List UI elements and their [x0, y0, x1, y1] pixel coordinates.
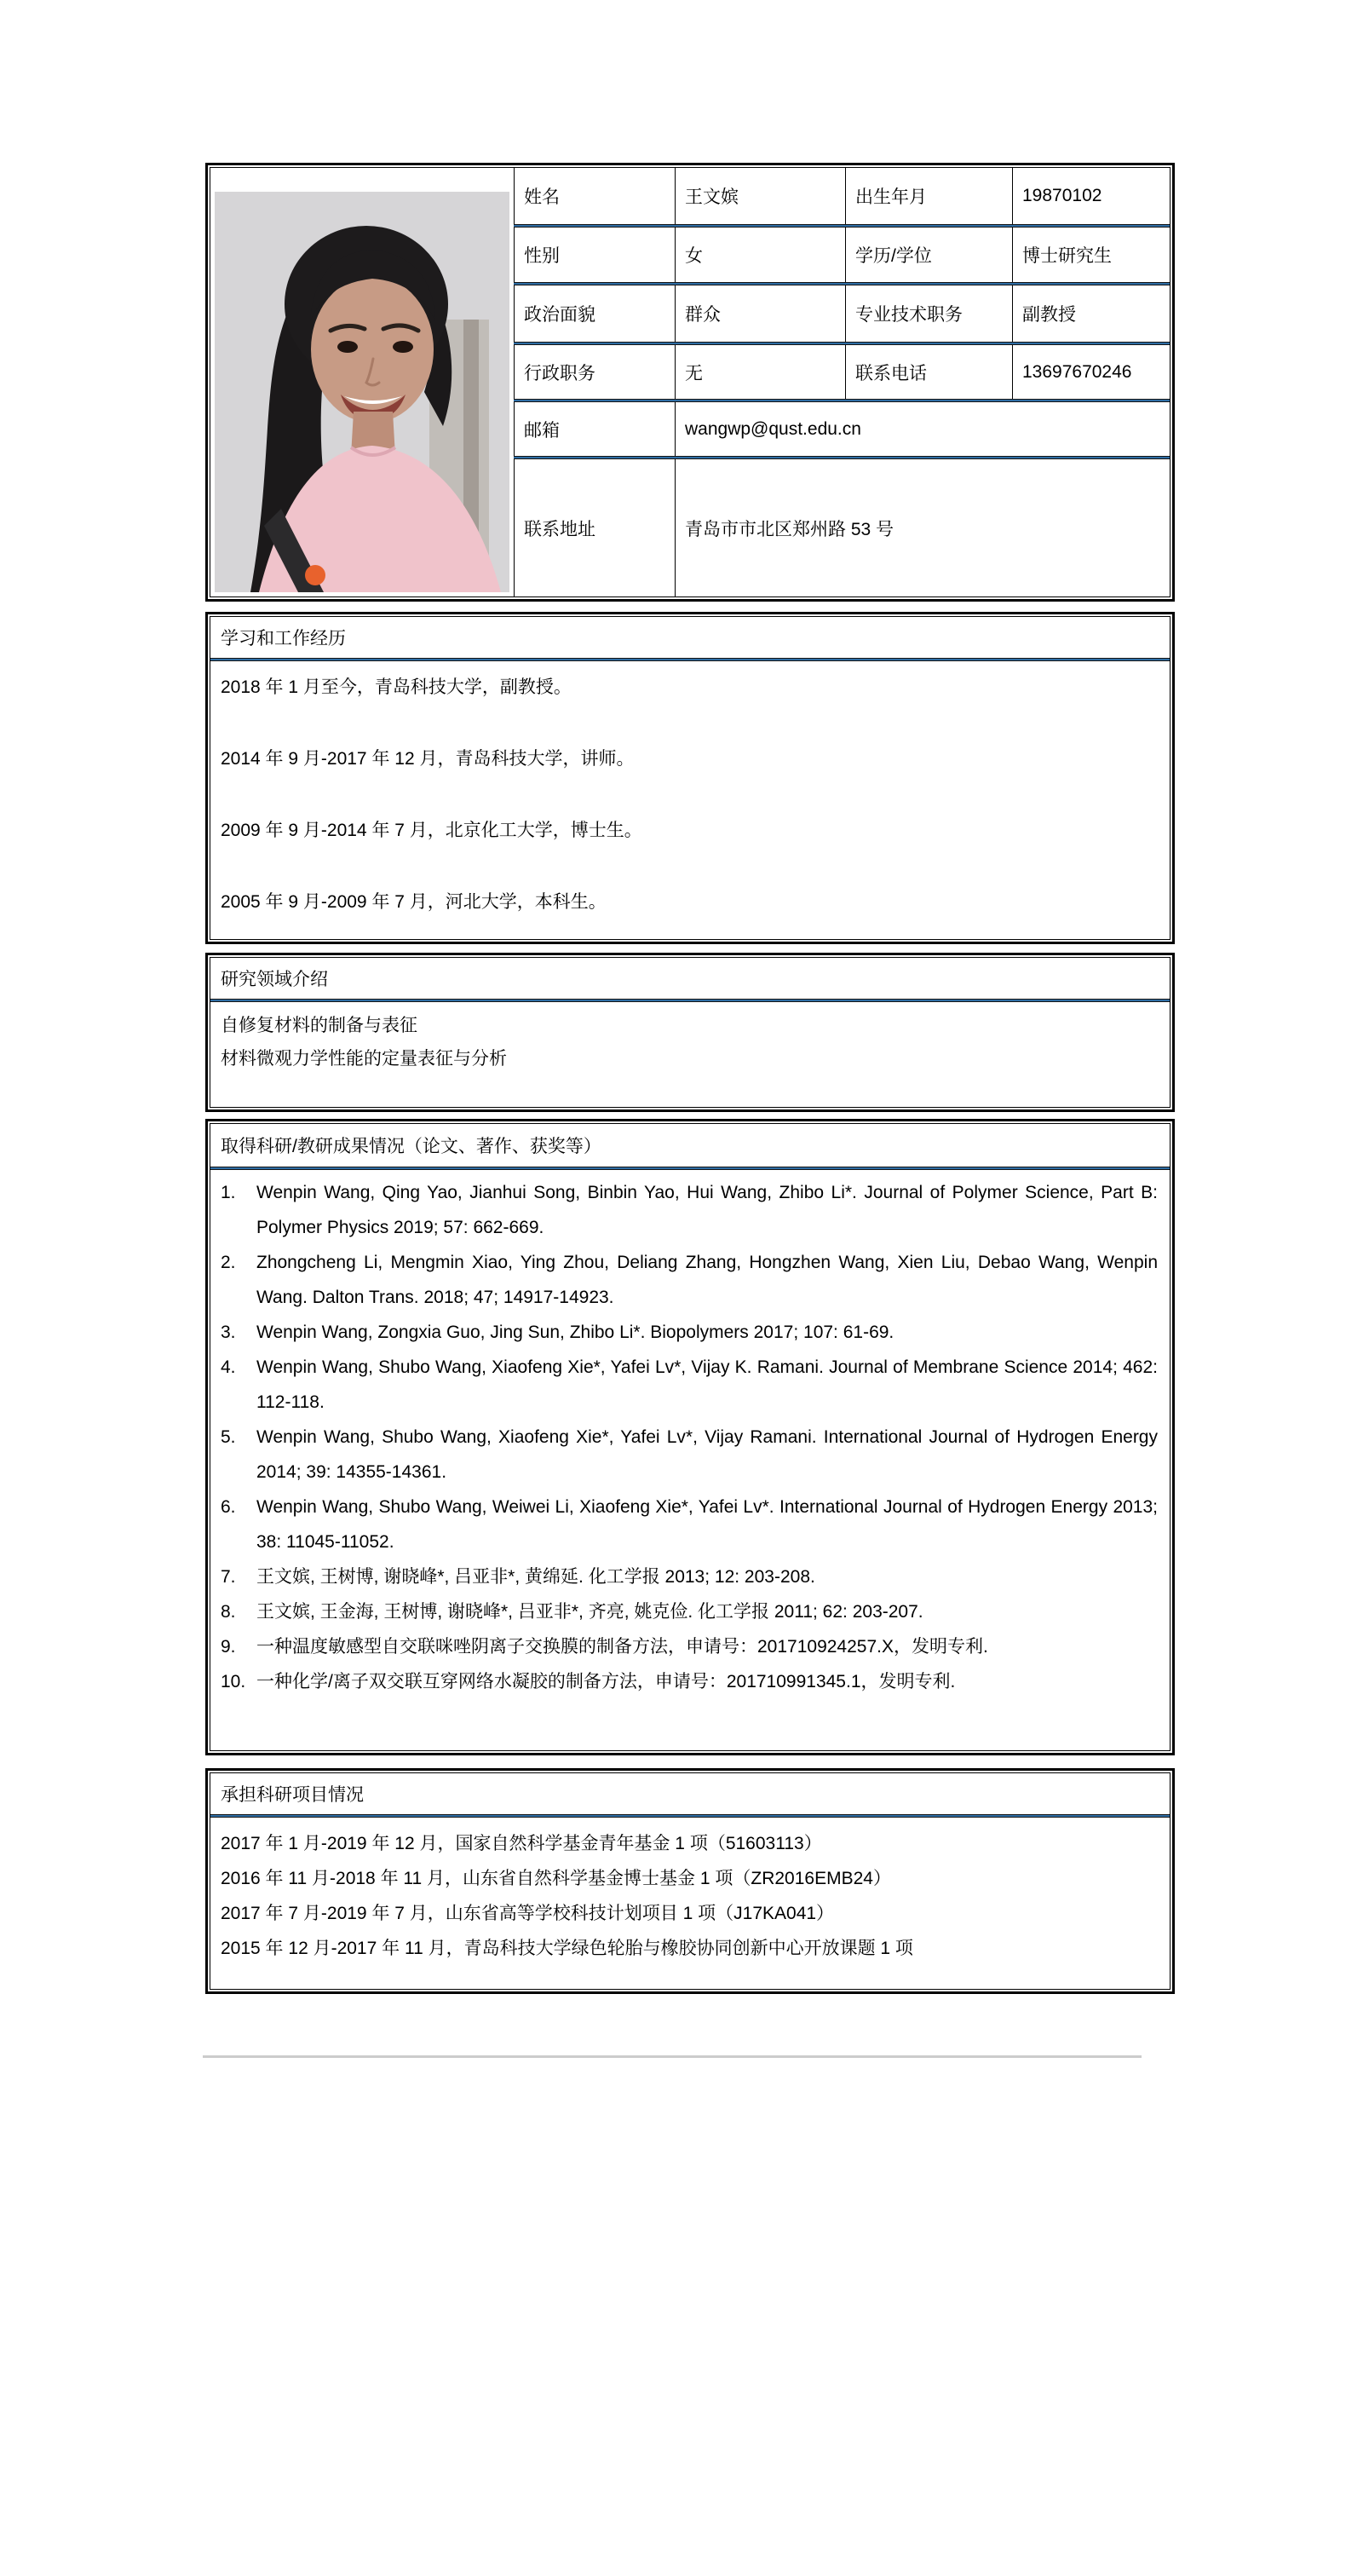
info-value-birth: 19870102 — [1022, 168, 1102, 224]
section-research-areas: 研究领域介绍 自修复材料的制备与表征 材料微观力学性能的定量表征与分析 — [210, 957, 1171, 1108]
info-label-birth: 出生年月 — [855, 168, 927, 224]
publication-number: 9. — [221, 1629, 256, 1664]
publication-item: 5. Wenpin Wang, Shubo Wang, Xiaofeng Xie… — [221, 1420, 1158, 1490]
publication-number: 3. — [221, 1315, 256, 1350]
info-label-email: 邮箱 — [524, 402, 560, 456]
info-label-title: 专业技术职务 — [855, 285, 963, 342]
section-research-areas-title: 研究领域介绍 — [210, 958, 1170, 999]
publication-number: 1. — [221, 1175, 256, 1245]
info-value-gender: 女 — [685, 228, 703, 282]
info-table: 姓名 王文嫔 出生年月 19870102 性别 女 学历/学位 博士研究生 政治… — [210, 167, 1171, 597]
section-experience-title: 学习和工作经历 — [210, 617, 1170, 658]
publication-text: Wenpin Wang, Shubo Wang, Xiaofeng Xie*, … — [256, 1350, 1158, 1420]
info-label-gender: 性别 — [524, 228, 560, 282]
section-achievements: 取得科研/教研成果情况（论文、著作、获奖等） 1. Wenpin Wang, Q… — [210, 1123, 1171, 1751]
grid-line — [675, 168, 676, 596]
info-value-address: 青岛市市北区郑州路 53 号 — [685, 459, 894, 596]
info-value-name: 王文嫔 — [685, 168, 739, 224]
publication-text: Wenpin Wang, Shubo Wang, Xiaofeng Xie*, … — [256, 1420, 1158, 1490]
project-line: 2015 年 12 月-2017 年 11 月，青岛科技大学绿色轮胎与橡胶协同创… — [221, 1931, 1158, 1966]
section-projects: 承担科研项目情况 2017 年 1 月-2019 年 12 月，国家自然科学基金… — [210, 1772, 1171, 1990]
publication-number: 6. — [221, 1490, 256, 1559]
info-label-admin: 行政职务 — [524, 345, 595, 399]
research-area-line: 自修复材料的制备与表征 — [221, 1009, 1158, 1042]
info-value-title: 副教授 — [1022, 285, 1076, 342]
publication-text: Wenpin Wang, Shubo Wang, Weiwei Li, Xiao… — [256, 1490, 1158, 1559]
publication-text: 王文嫔, 王金海, 王树博, 谢晓峰*, 吕亚非*, 齐亮, 姚克俭. 化工学报… — [256, 1594, 1158, 1629]
publication-text: 一种温度敏感型自交联咪唑阴离子交换膜的制备方法，申请号：201710924257… — [256, 1629, 1158, 1664]
publication-number: 5. — [221, 1420, 256, 1490]
grid-line — [514, 168, 515, 596]
publication-item: 9. 一种温度敏感型自交联咪唑阴离子交换膜的制备方法，申请号：201710924… — [221, 1629, 1158, 1664]
section-experience: 学习和工作经历 2018 年 1 月至今，青岛科技大学，副教授。 2014 年 … — [210, 616, 1171, 940]
publication-number: 7. — [221, 1559, 256, 1594]
publication-item: 3. Wenpin Wang, Zongxia Guo, Jing Sun, Z… — [221, 1315, 1158, 1350]
publication-item: 8. 王文嫔, 王金海, 王树博, 谢晓峰*, 吕亚非*, 齐亮, 姚克俭. 化… — [221, 1594, 1158, 1629]
info-value-email: wangwp@qust.edu.cn — [685, 402, 861, 456]
publication-item: 7. 王文嫔, 王树博, 谢晓峰*, 吕亚非*, 黄绵延. 化工学报 2013;… — [221, 1559, 1158, 1594]
section-projects-title: 承担科研项目情况 — [210, 1773, 1170, 1814]
research-area-line: 材料微观力学性能的定量表征与分析 — [221, 1042, 1158, 1075]
publication-number: 4. — [221, 1350, 256, 1420]
profile-page: { "colors": { "accent_line": "#2E6DA4", … — [0, 0, 1346, 2576]
project-line: 2017 年 7 月-2019 年 7 月，山东省高等学校科技计划项目 1 项（… — [221, 1896, 1158, 1931]
publication-item: 6. Wenpin Wang, Shubo Wang, Weiwei Li, X… — [221, 1490, 1158, 1559]
publication-number: 8. — [221, 1594, 256, 1629]
publication-text: Wenpin Wang, Qing Yao, Jianhui Song, Bin… — [256, 1175, 1158, 1245]
publication-number: 10. — [221, 1664, 256, 1699]
info-label-political: 政治面貌 — [524, 285, 595, 342]
section-achievements-title: 取得科研/教研成果情况（论文、著作、获奖等） — [210, 1124, 1170, 1167]
portrait-photo-graphic — [215, 192, 509, 592]
publication-text: 一种化学/离子双交联互穿网络水凝胶的制备方法，申请号：201710991345.… — [256, 1664, 1158, 1699]
info-value-degree: 博士研究生 — [1022, 228, 1112, 282]
publication-number: 2. — [221, 1245, 256, 1315]
publication-item: 2. Zhongcheng Li, Mengmin Xiao, Ying Zho… — [221, 1245, 1158, 1315]
publication-item: 10. 一种化学/离子双交联互穿网络水凝胶的制备方法，申请号：201710991… — [221, 1664, 1158, 1699]
info-value-admin: 无 — [685, 345, 703, 399]
info-value-political: 群众 — [685, 285, 721, 342]
info-label-phone: 联系电话 — [855, 345, 927, 399]
info-label-degree: 学历/学位 — [855, 228, 932, 282]
publication-text: 王文嫔, 王树博, 谢晓峰*, 吕亚非*, 黄绵延. 化工学报 2013; 12… — [256, 1559, 1158, 1594]
info-value-phone: 13697670246 — [1022, 345, 1131, 399]
experience-entry: 2014 年 9 月-2017 年 12 月，青岛科技大学，讲师。 — [221, 741, 1158, 777]
portrait-photo — [215, 192, 509, 592]
info-label-name: 姓名 — [524, 168, 560, 224]
publication-text: Zhongcheng Li, Mengmin Xiao, Ying Zhou, … — [256, 1245, 1158, 1315]
publication-item: 4. Wenpin Wang, Shubo Wang, Xiaofeng Xie… — [221, 1350, 1158, 1420]
experience-entry: 2009 年 9 月-2014 年 7 月，北京化工大学，博士生。 — [221, 813, 1158, 849]
publication-item: 1. Wenpin Wang, Qing Yao, Jianhui Song, … — [221, 1175, 1158, 1245]
publication-text: Wenpin Wang, Zongxia Guo, Jing Sun, Zhib… — [256, 1315, 1158, 1350]
info-label-address: 联系地址 — [524, 459, 595, 596]
bottom-divider-rule — [203, 2055, 1142, 2058]
project-line: 2016 年 11 月-2018 年 11 月，山东省自然科学基金博士基金 1 … — [221, 1861, 1158, 1896]
experience-entry: 2005 年 9 月-2009 年 7 月，河北大学，本科生。 — [221, 885, 1158, 920]
project-line: 2017 年 1 月-2019 年 12 月，国家自然科学基金青年基金 1 项（… — [221, 1826, 1158, 1861]
experience-entry: 2018 年 1 月至今，青岛科技大学，副教授。 — [221, 670, 1158, 706]
